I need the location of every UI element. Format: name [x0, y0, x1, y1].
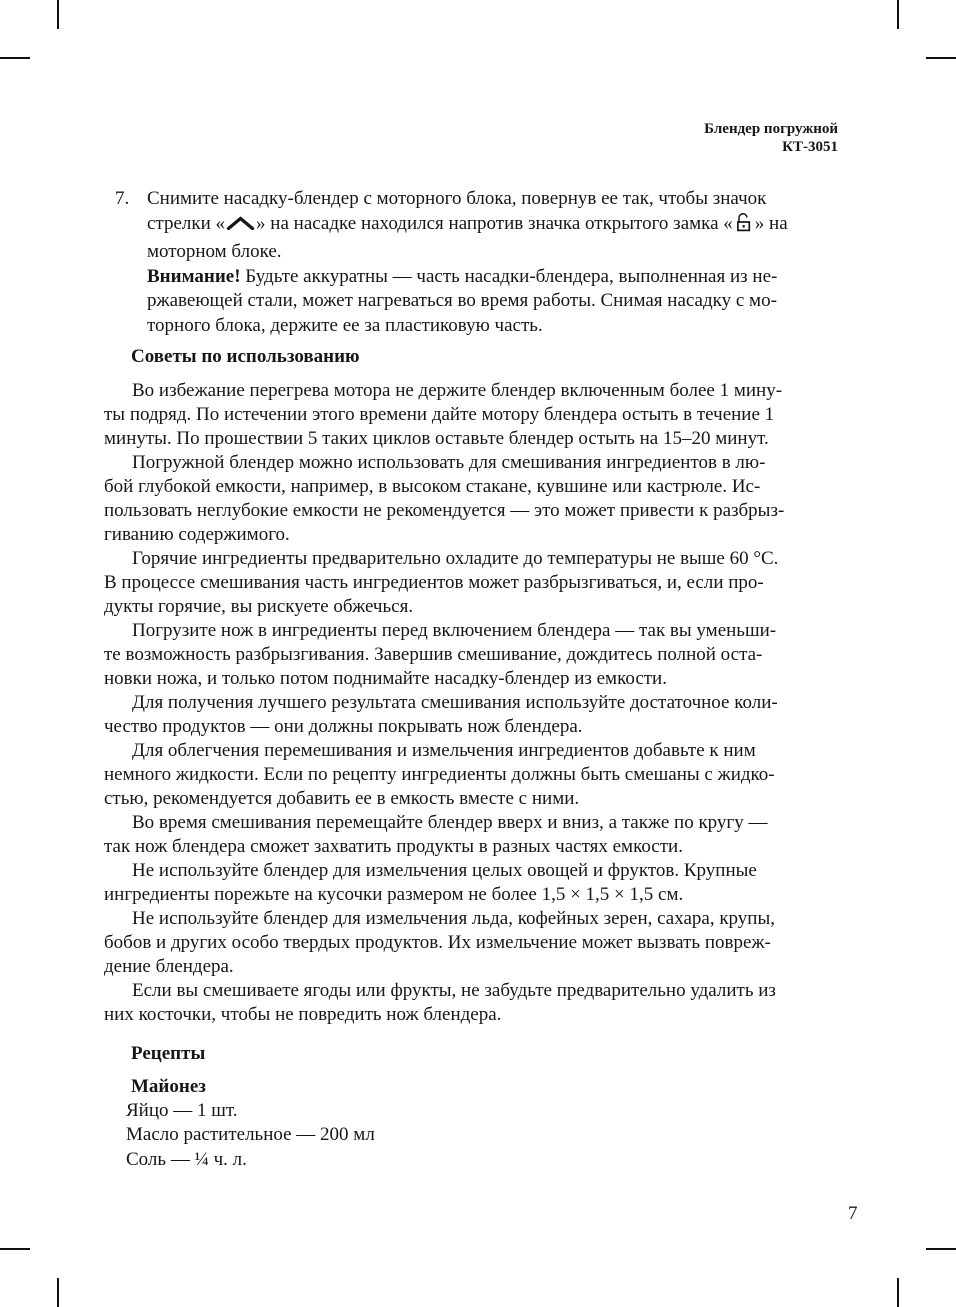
tips-paragraph-5-line: Для получения лучшего результата смешива…	[104, 691, 784, 715]
warning-text: Будьте аккуратны — часть насадки-блендер…	[241, 266, 778, 287]
tips-paragraph-10-line: Если вы смешиваете ягоды или фрукты, не …	[104, 979, 784, 1003]
tips-paragraph-10-line: них косточки, чтобы не повредить нож бле…	[104, 1003, 784, 1027]
crop-mark-bottom-right-vertical	[897, 1278, 899, 1307]
tips-paragraph-3-line: В процессе смешивания часть ингредиентов…	[104, 571, 784, 595]
tips-paragraph-1-line: Во избежание перегрева мотора не держите…	[104, 379, 784, 403]
warning-line: торного блока, держите ее за пластиковую…	[147, 314, 788, 339]
instruction-line-segment: » на насадке находился напротив значка о…	[256, 213, 733, 234]
tips-paragraph-7-line: так нож блендера сможет захватить продук…	[104, 835, 784, 859]
tips-paragraph-2-line: гиванию содержимого.	[104, 523, 784, 547]
instruction-line-segment: » на	[755, 213, 788, 234]
instruction-line: моторном блоке.	[147, 240, 788, 265]
ingredient-list: Яйцо — 1 шт.Масло растительное — 200 млС…	[126, 1099, 375, 1172]
tips-paragraph-7-line: Во время смешивания перемещайте блендер …	[104, 811, 784, 835]
arrow-up-icon	[226, 213, 255, 238]
page-number: 7	[848, 1203, 858, 1225]
header-model-number: КТ-3051	[704, 138, 838, 156]
section-heading-recipes: Рецепты	[131, 1043, 205, 1065]
crop-mark-bottom-right-horizontal	[926, 1248, 956, 1250]
tips-paragraph-4-line: те возможность разбрызгивания. Завершив …	[104, 643, 784, 667]
crop-mark-top-left-horizontal	[0, 57, 30, 59]
crop-mark-top-right-vertical	[897, 0, 899, 29]
instruction-line-segment: стрелки «	[147, 213, 225, 234]
tips-paragraphs: Во избежание перегрева мотора не держите…	[104, 379, 784, 1027]
tips-paragraph-2-line: пользовать неглубокие емкости не рекомен…	[104, 499, 784, 523]
tips-paragraph-2-line: Погружной блендер можно использовать для…	[104, 451, 784, 475]
crop-mark-bottom-left-horizontal	[0, 1248, 30, 1250]
crop-mark-top-right-horizontal	[926, 57, 956, 59]
tips-paragraph-2-line: бой глубокой емкости, например, в высоко…	[104, 475, 784, 499]
warning-label: Внимание!	[147, 266, 241, 287]
recipe-title-mayonnaise: Майонез	[131, 1076, 206, 1098]
tips-paragraph-6-line: немного жидкости. Если по рецепту ингред…	[104, 763, 784, 787]
tips-paragraph-5-line: чество продуктов — они должны покрывать …	[104, 715, 784, 739]
ingredient-line: Яйцо — 1 шт.	[126, 1099, 375, 1123]
section-heading-tips: Советы по использованию	[131, 346, 360, 368]
tips-paragraph-3-line: дукты горячие, вы рискуете обжечься.	[104, 595, 784, 619]
crop-mark-bottom-left-vertical	[57, 1278, 59, 1307]
tips-paragraph-1-line: минуты. По прошествии 5 таких циклов ост…	[104, 427, 784, 451]
tips-paragraph-9-line: бобов и других особо твердых продуктов. …	[104, 931, 784, 955]
warning-line: Внимание! Будьте аккуратны — часть насад…	[147, 265, 788, 290]
tips-paragraph-8-line: ингредиенты порежьте на кусочки размером…	[104, 883, 784, 907]
tips-paragraph-9-line: Не используйте блендер для измельчения л…	[104, 907, 784, 931]
crop-mark-top-left-vertical	[57, 0, 59, 29]
tips-paragraph-6-line: стью, рекомендуется добавить ее в емкост…	[104, 787, 784, 811]
instruction-line-with-icons: стрелки «» на насадке находился напротив…	[147, 212, 788, 241]
manual-page: Блендер погружной КТ-3051 7. Снимите нас…	[0, 0, 956, 1307]
header-product-name: Блендер погружной	[704, 120, 838, 138]
ingredient-line: Масло растительное — 200 мл	[126, 1123, 375, 1147]
open-lock-icon	[734, 212, 754, 241]
ingredient-line: Соль — ¼ ч. л.	[126, 1148, 375, 1172]
tips-paragraph-9-line: дение блендера.	[104, 955, 784, 979]
tips-paragraph-6-line: Для облегчения перемешивания и измельчен…	[104, 739, 784, 763]
list-item-number: 7.	[115, 187, 129, 212]
tips-paragraph-3-line: Горячие ингредиенты предварительно охлад…	[104, 547, 784, 571]
warning-line: ржавеющей стали, может нагреваться во вр…	[147, 289, 788, 314]
tips-paragraph-4-line: Погрузите нож в ингредиенты перед включе…	[104, 619, 784, 643]
instruction-line: Снимите насадку-блендер с моторного блок…	[147, 187, 788, 212]
running-header: Блендер погружной КТ-3051	[704, 120, 838, 156]
instruction-item-7: 7. Снимите насадку-блендер с моторного б…	[115, 187, 788, 338]
tips-paragraph-8-line: Не используйте блендер для измельчения ц…	[104, 859, 784, 883]
tips-paragraph-4-line: новки ножа, и только потом поднимайте на…	[104, 667, 784, 691]
tips-paragraph-1-line: ты подряд. По истечении этого времени да…	[104, 403, 784, 427]
